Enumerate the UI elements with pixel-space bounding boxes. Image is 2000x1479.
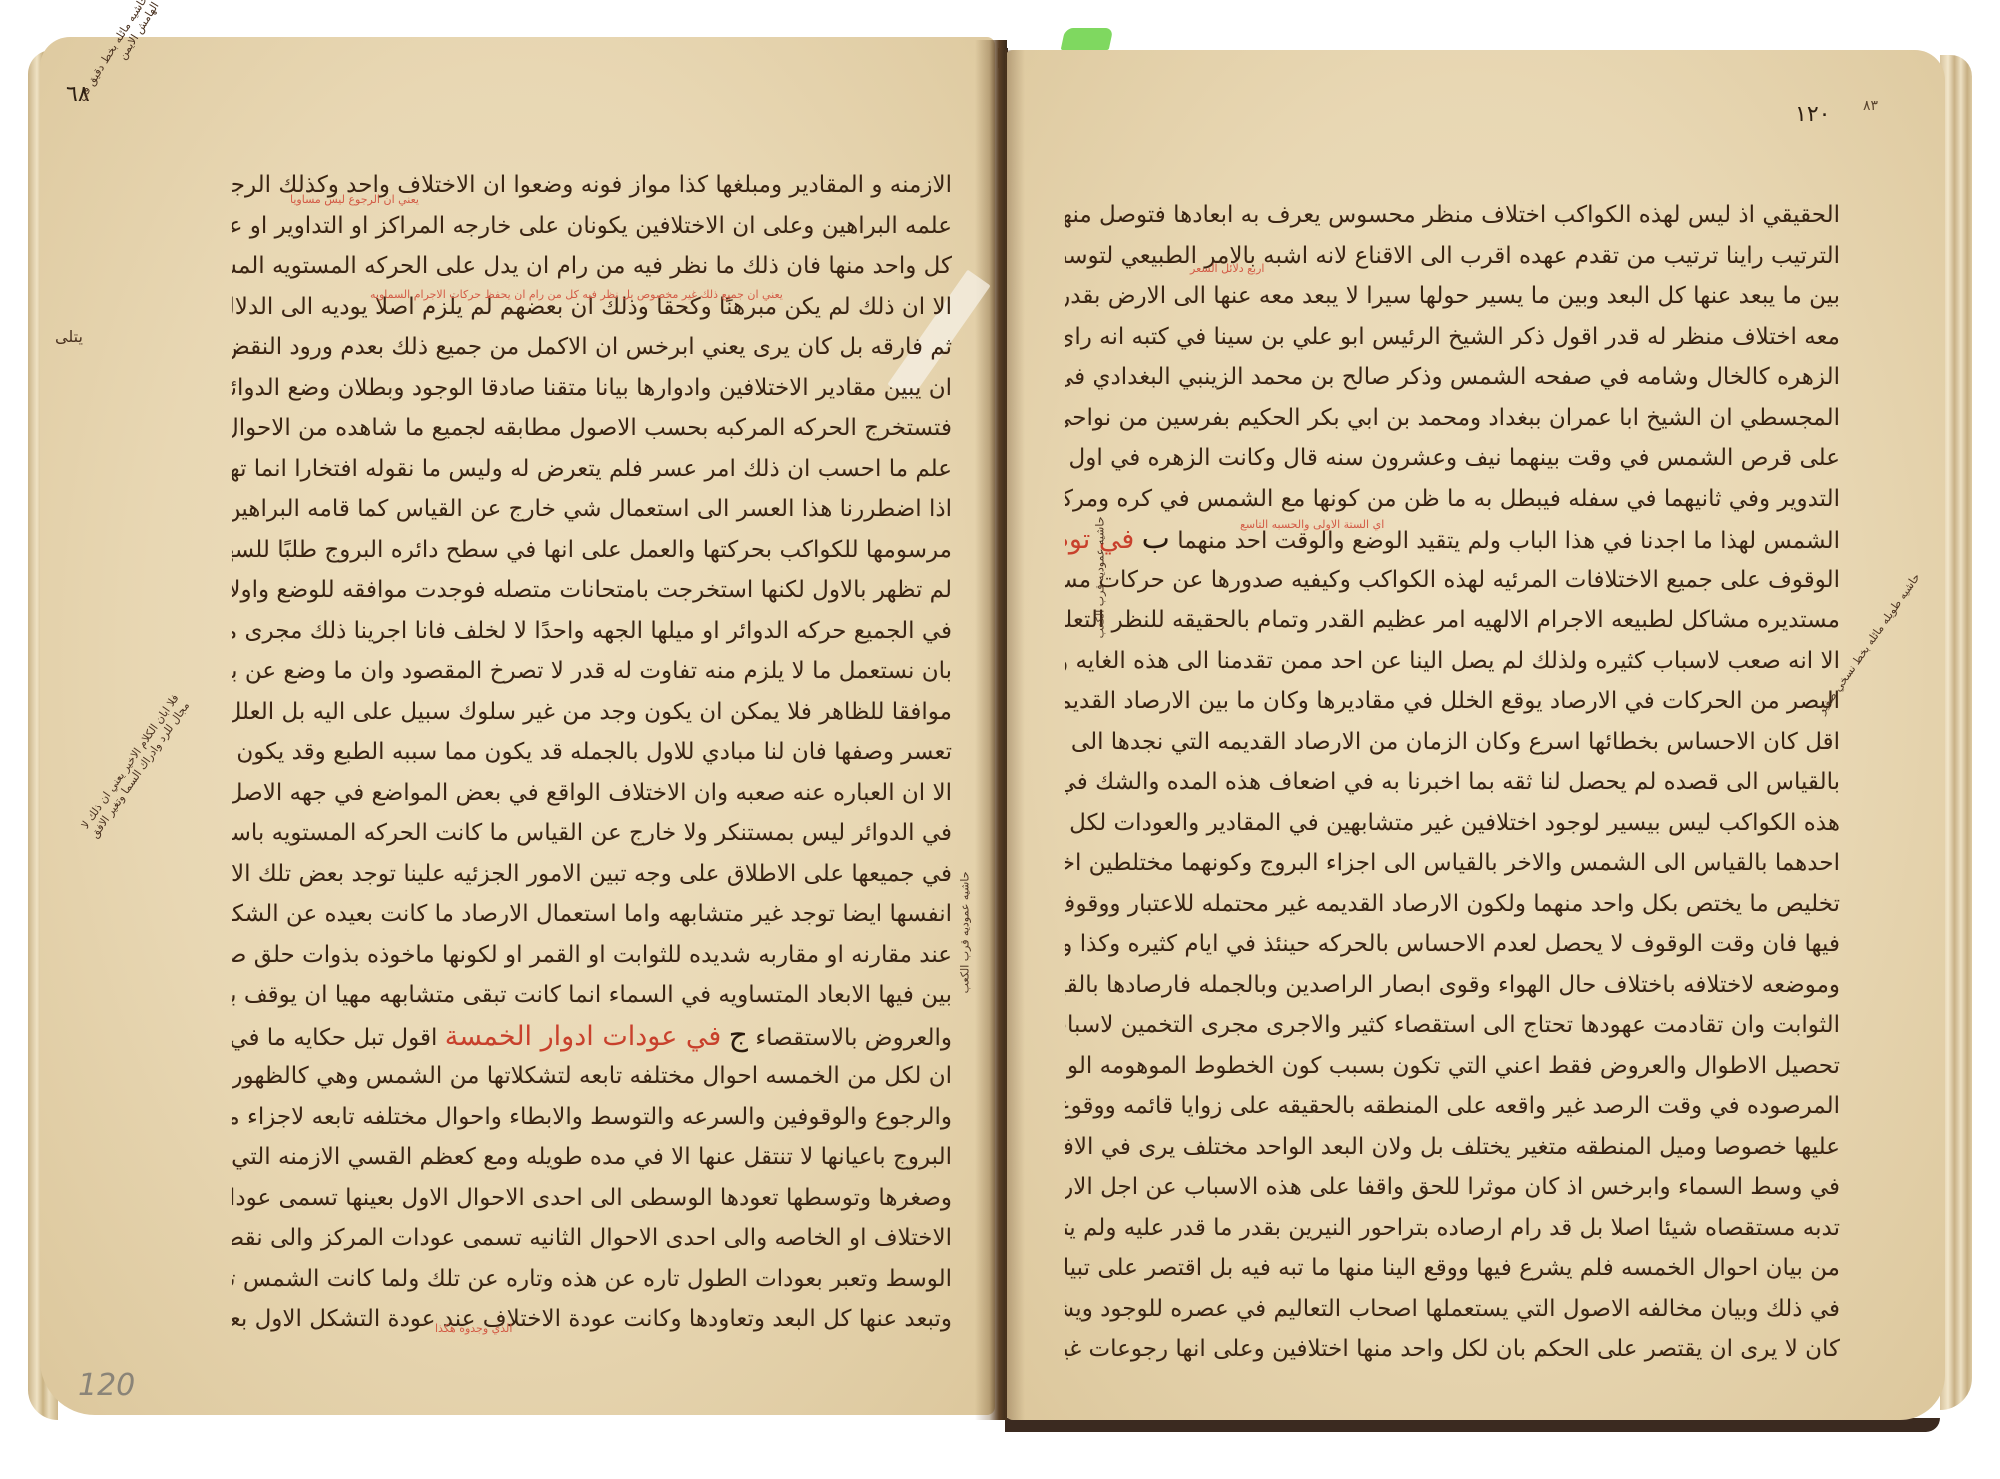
text-line: مستديره مشاكل لطبيعه الاجرام الالهيه امر… [1065,600,1840,641]
text-line: عند مقارنه او مقاربه شديده للثوابت او ال… [232,935,952,976]
pencil-folio-number: 120 [78,1368,135,1403]
rubric-line: والعروض بالاستقصاء ج في عودات ادوار الخم… [232,1016,952,1057]
text-line: في الدوائر ليس بمستنكر ولا خارج عن القيا… [232,813,952,854]
text-line: احدهما بالقياس الى الشمس والاخر بالقياس … [1065,843,1840,884]
rubric-line: الشمس لهذا ما اجدنا في هذا الباب ولم يتق… [1065,519,1840,560]
red-marginal-note: اربع دلائل السعر [1190,262,1264,275]
text-line: لم تظهر بالاول لكنها استخرجت بامتحانات م… [232,570,952,611]
text-line: على قرص الشمس في وقت بينهما نيف وعشرون س… [1065,438,1840,479]
text-line: الا ان العباره عنه صعبه وان الاختلاف الو… [232,773,952,814]
text-line: مرسومها للكواكب بحركتها والعمل على انها … [232,530,952,571]
text-line: تعسر وصفها فان لنا مبادي للاول بالجمله ق… [232,732,952,773]
text-line: معه اختلاف منظر له قدر اقول ذكر الشيخ ال… [1065,317,1840,358]
text-line: تدبه مستقصاه شيئا اصلا بل قد رام ارصاده … [1065,1208,1840,1249]
text-line: المجسطي ان الشيخ ابا عمران ببغداد ومحمد … [1065,398,1840,439]
open-manuscript: ٦٨ ١٢٠ ٨٣ 120 الازمنه و المقادير ومبلغها… [0,0,2000,1479]
text-line: من بيان احوال الخمسه فلم يشرع فيها ووقع … [1065,1248,1840,1289]
gutter [975,40,1007,1420]
text-line: في جميعها على الاطلاق على وجه تبين الامو… [232,854,952,895]
text-line: ثم فارقه بل كان يرى يعني ابرخس ان الاكمل… [232,327,952,368]
text-line: كل واحد منها فان ذلك ما نظر فيه من رام ا… [232,246,952,287]
text-line: بين فيها الابعاد المتساويه في السماء انم… [232,975,952,1016]
text-line: علم ما احسب ان ذلك امر عسر فلم يتعرض له … [232,449,952,490]
text-line: الثوابت وان تقادمت عهودها تحتاج الى استق… [1065,1005,1840,1046]
text-line: عليها خصوصا وميل المنطقه متغير يختلف بل … [1065,1127,1840,1168]
left-main-text: الازمنه و المقادير ومبلغها كذا مواز فونه… [232,165,952,1340]
text-line: والرجوع والوقوفين والسرعه والتوسط والابط… [232,1097,952,1138]
text-line: تخليص ما يختص بكل واحد منهما ولكون الارص… [1065,884,1840,925]
marginal-gloss: حاشيه عموديه قرب الكعب [959,872,972,1042]
text-line: بالقياس الى قصده لم يحصل لنا ثقه بما اخب… [1065,762,1840,803]
red-marginal-note: يعني ان الرجوع ليس مساويا [290,193,419,206]
text-line: اذا اضطررنا هذا العسر الى استعمال شي خار… [232,489,952,530]
text-line: وتبعد عنها كل البعد وتعاودها وكانت عودة … [232,1299,952,1340]
text-line: التدوير وفي ثانيهما في سفله فيبطل به ما … [1065,479,1840,520]
text-line: انفسها ايضا توجد غير متشابهه واما استعما… [232,894,952,935]
text-line: بان نستعمل ما لا يلزم منه تفاوت له قدر ل… [232,651,952,692]
text-line: البصر من الحركات في الارصاد يوقع الخلل ف… [1065,681,1840,722]
text-line: فتستخرج الحركه المركبه بحسب الاصول مطابق… [232,408,952,449]
text-line: موافقا للظاهر فلا يمكن ان يكون وجد من غي… [232,692,952,733]
text-line: المرصوده في وقت الرصد غير واقعه على المن… [1065,1086,1840,1127]
green-bookmark-tab [1061,28,1114,50]
text-line: في ذلك وبيان مخالفه الاصول التي يستعملها… [1065,1289,1840,1330]
rubric-heading: في عودات ادوار الخمسة [445,1021,722,1052]
red-marginal-note: اي الستة الاولى والحسبه التاسع [1240,518,1384,531]
text-line: البروج باعيانها لا تنتقل عنها الا في مده… [232,1137,952,1178]
gutter-shadow [1005,50,1025,1420]
text-line: وصغرها وتوسطها تعودها الوسطى الى احدى ال… [232,1178,952,1219]
chapter-mark: ب [1142,521,1170,556]
chapter-mark: ج [729,1018,748,1053]
marginal-gloss: حاشيه عموديه قرب الكعب [1094,517,1107,697]
text-line: ان يبين مقادير الاختلافين وادوارها بيانا… [232,368,952,409]
text-fragment: الشمس لهذا ما اجدنا في هذا الباب ولم يتق… [1177,528,1840,554]
text-line: في الجميع حركه الدوائر او ميلها الجهه وا… [232,611,952,652]
text-line: فيها فان وقت الوقوف لا يحصل لعدم الاحساس… [1065,924,1840,965]
text-line: ان لكل من الخمسه احوال مختلفه تابعه لتشك… [232,1056,952,1097]
text-line: الوسط وتعبر بعودات الطول تاره عن هذه وتا… [232,1259,952,1300]
binding-cover [1005,1418,1940,1432]
red-marginal-note: الذي وجدوه هكذا [435,1322,512,1335]
text-fragment: اقول تبل حكايه ما في الكتاب [232,1025,437,1051]
text-line: تحصيل الاطوال والعروض فقط اعني التي تكون… [1065,1046,1840,1087]
text-line: بين ما يبعد عنها كل البعد وبين ما يسير ح… [1065,276,1840,317]
right-folio-number: ١٢٠ [1795,102,1830,127]
red-marginal-note: يعني ان جميع ذلك غير مخصوص بل نظر فيه كل… [370,288,783,301]
margin-word: يتلى [55,330,83,343]
text-line: علمه البراهين وعلى ان الاختلافين يكونان … [232,206,952,247]
right-main-text: الحقيقي اذ ليس لهذه الكواكب اختلاف منظر … [1065,195,1840,1370]
text-line: وموضعه لاختلافه باختلاف حال الهواء وقوى … [1065,965,1840,1006]
text-line: الاختلاف او الخاصه والى احدى الاحوال الث… [232,1218,952,1259]
text-line: كان لا يرى ان يقتصر على الحكم بان لكل وا… [1065,1329,1840,1370]
text-line: الا انه صعب لاسباب كثيره ولذلك لم يصل ال… [1065,641,1840,682]
text-line: الزهره كالخال وشامه في صفحه الشمس وذكر ص… [1065,357,1840,398]
text-line: اقل كان الاحساس بخطائها اسرع وكان الزمان… [1065,722,1840,763]
text-fragment: والعروض بالاستقصاء [755,1025,952,1051]
text-line: في وسط السماء وابرخس اذ كان موثرا للحق و… [1065,1167,1840,1208]
text-line: الوقوف على جميع الاختلافات المرئيه لهذه … [1065,560,1840,601]
text-line: هذه الكواكب ليس بيسير لوجود اختلافين غير… [1065,803,1840,844]
text-line: الترتيب راينا ترتيب من تقدم عهده اقرب ال… [1065,236,1840,277]
right-folio-secondary: ٨٣ [1863,98,1878,114]
text-line: الحقيقي اذ ليس لهذه الكواكب اختلاف منظر … [1065,195,1840,236]
